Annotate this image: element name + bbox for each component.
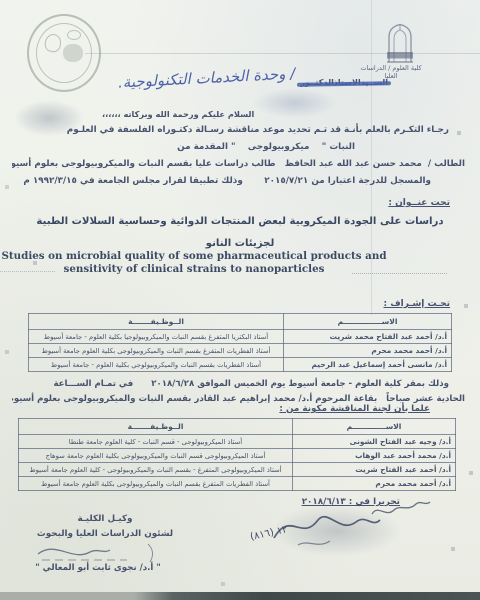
thesis-title-arabic: دراسات على الجودة الميكروبية لبعض المنتج… [0,211,480,255]
request-line: رجـاء التكـرم بالعلم بأنـة قد تـم تحديد … [12,122,465,139]
supervisor-name: أ.د/ مانسى أحمد إسماعيل عبد الرحيم [284,358,452,372]
supervision-header-row: الاســـــــــــــــم الــوظـيفـــــــة [29,314,452,330]
under-title-label: تحت عنــوان : [388,198,450,208]
supervision-label: تحـت إشـراف : [384,299,451,309]
supervision-table: الاســـــــــــــــم الــوظـيفـــــــة أ… [28,313,452,372]
committee-member-role: أستاذ الفطريات المتفرغ بقسم النبات والمي… [19,477,293,491]
seal-emblem-shape [67,30,81,40]
supervisor-role: أستاذ الفطريات المتفرغ بقسم النبات والمي… [29,344,284,358]
scan-specks [0,0,2,2]
ink-smudge [252,88,337,118]
supervisor-role: أستاذ البكتريا المتفرغ بقسم النبات والمي… [29,330,284,344]
seal-emblem-shape [44,33,63,54]
supervisor-row: أ.د/ أحمد محمد محرم أستاذ الفطريات المتف… [29,344,452,358]
seal-emblem-shape [63,44,83,62]
role-column-header: الــوظـيفـــــــة [29,314,284,330]
committee-member-name: أ.د/ أحمد محمد محرم [293,477,456,491]
bottom-scan-edge [0,592,480,600]
request-line: الطالب / محمد حسن عبد الله عبد الحافظ طا… [12,156,465,173]
thesis-title-arabic-line1: دراسات على الجودة الميكروبية لبعض المنتج… [0,211,480,233]
committee-row: أ.د/ محمد أحمد عبد الوهاب أستاذ الميكروب… [19,449,456,463]
name-column-header: الاســـــــــــــــم [284,314,452,330]
handwritten-signatures [268,500,438,559]
supervisor-row: أ.د/ أحمد عبد الفتاح محمد شريت أستاذ الب… [29,330,452,344]
supervisor-row: أ.د/ مانسى أحمد إسماعيل عبد الرحيم أستاذ… [29,358,452,372]
role-column-header: الــوظـيفـــــــة [19,419,293,435]
vice-dean-title-line1: وكيـل الكليـة [20,512,190,527]
thesis-title-english-line1: Studies on microbial quality of some pha… [0,250,434,263]
request-line: والمسجل للدرجة اعتبارا من ٢٠١٥/٧/٢١ وذلك… [12,173,465,190]
scan-artifact-line [85,53,480,54]
name-column-header: الاســـــــــــــم [293,419,456,435]
supervisor-role: أستاذ الفطريات بقسم النبات والميكروبيولو… [29,358,284,372]
committee-label: علما بأن لجنة المناقشة مكونة من : [279,404,430,414]
venue-line: وذلك بمقر كلية العلوم - جامعة أسيوط يوم … [12,377,465,392]
committee-member-role: أستاذ الميكروبيولوجى قسم النبات والميكرو… [19,449,293,463]
university-round-seal-icon [27,14,101,92]
committee-header-row: الاســـــــــــــم الــوظـيفـــــــة [19,419,456,435]
committee-row: أ.د/ أحمد محمد محرم أستاذ الفطريات المتف… [19,477,456,491]
committee-member-name: أ.د/ محمد أحمد عبد الوهاب [293,449,456,463]
committee-table: الاســـــــــــــم الــوظـيفـــــــة أ.د… [18,418,456,491]
request-line: النبات " ميكروبيولوجى " المقدمة من [12,139,465,156]
thesis-title-english: Studies on microbial quality of some pha… [0,250,434,276]
committee-member-role: أستاذ الميكروبيولوجى المتفرغ - بقسم النب… [19,463,293,477]
scanned-letter-page: كلية العلوم / الدراسات العليا الســيدالا… [0,0,480,600]
supervisor-name: أ.د/ أحمد عبد الفتاح محمد شريت [284,330,452,344]
request-paragraph: رجـاء التكـرم بالعلم بأنـة قد تـم تحديد … [12,122,465,190]
committee-member-role: أستاذ الميكروبيولوجى - قسم النبات - كلية… [19,435,293,449]
vice-dean-name: " أ.د/ نجوى ثابت أبو المعالي " [18,563,178,573]
committee-member-name: أ.د/ وجيه عبد الفتاح الشونى [293,435,456,449]
committee-row: أ.د/ أحمد عبد الفتاح شريت أستاذ الميكروب… [19,463,456,477]
thesis-title-english-line2: sensitivity of clinical strains to nanop… [0,263,434,276]
venue-paragraph: وذلك بمقر كلية العلوم - جامعة أسيوط يوم … [12,377,465,407]
struck-addressee-text: الســيدالاستاذالدكتــور [300,78,388,87]
supervisor-name: أ.د/ أحمد محمد محرم [284,344,452,358]
greeting-line: السلام عليكم ورحمة الله وبركاته ،،،،،، [102,109,254,119]
addressee-line: الســيدالاستاذالدكتــور / وحدة الخدمات ا… [118,70,388,89]
vice-dean-title: وكيـل الكليـة لشئون الدراسات العليا والب… [20,512,190,542]
handwritten-addressee-text: / وحدة الخدمات التكنولوجية. [117,64,295,91]
committee-member-name: أ.د/ أحمد عبد الفتاح شريت [293,463,456,477]
committee-row: أ.د/ وجيه عبد الفتاح الشونى أستاذ الميكر… [19,435,456,449]
university-gate-emblem-icon [384,22,416,64]
